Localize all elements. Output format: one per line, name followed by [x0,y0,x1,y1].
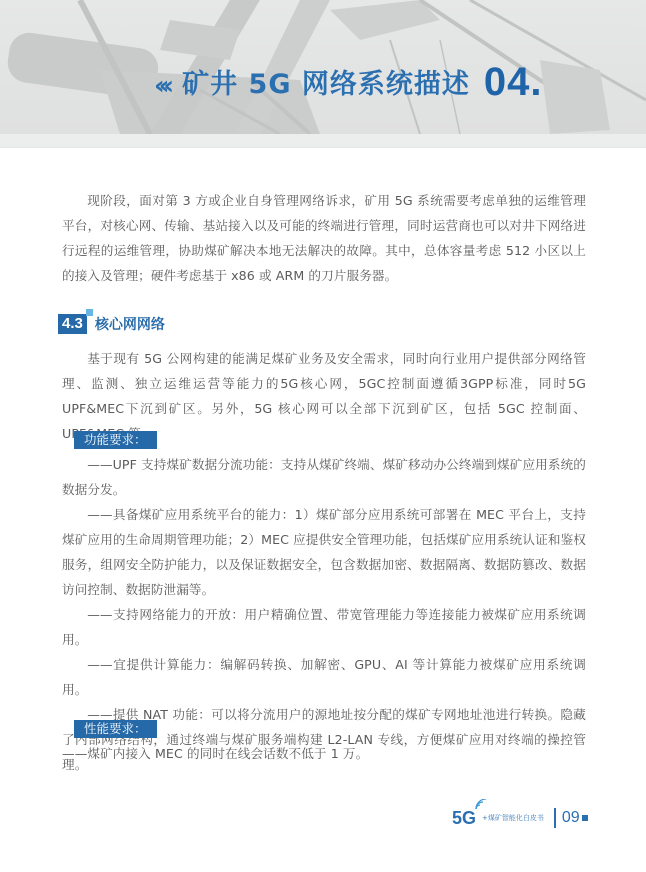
chapter-title: ‹‹‹ 矿井 5G 网络系统描述 04. [154,55,543,105]
section-number-badge: 4.3 [58,314,87,334]
section-heading: 4.3 核心网网络 [58,312,165,336]
page-footer: 5G +煤矿智能化白皮书 09 [452,806,588,830]
header-banner: ‹‹‹ 矿井 5G 网络系统描述 04. [0,0,646,134]
footer-5g-text: 5G [452,808,476,828]
performance-item: ——煤矿内接入 MEC 的同时在线会话数不低于 1 万。 [62,741,586,766]
page-number: 09 [562,809,580,827]
performance-requirements: 性能要求： ——煤矿内接入 MEC 的同时在线会话数不低于 1 万。 [62,718,586,766]
footer-separator [554,808,556,828]
chapter-number: 04. [484,59,543,105]
triple-chevron-left-icon: ‹‹‹ [154,67,168,105]
footer-publication-title: +煤矿智能化白皮书 [482,813,544,823]
intro-paragraph: 现阶段，面对第 3 方或企业自身管理网络诉求，矿用 5G 系统需要考虑单独的运维… [62,188,586,288]
functional-item: ——UPF 支持煤矿数据分流功能：支持从煤矿终端、煤矿移动办公终端到煤矿应用系统… [62,452,586,502]
functional-item: ——支持网络能力的开放：用户精确位置、带宽管理能力等连接能力被煤矿应用系统调用。 [62,602,586,652]
intro-section: 现阶段，面对第 3 方或企业自身管理网络诉求，矿用 5G 系统需要考虑单独的运维… [62,188,586,288]
functional-requirements-label: 功能要求： [74,431,157,449]
performance-requirements-label: 性能要求： [74,720,157,738]
chapter-title-text: 矿井 5G 网络系统描述 [182,65,470,105]
functional-item: ——具备煤矿应用系统平台的能力：1）煤矿部分应用系统可部署在 MEC 平台上，支… [62,502,586,602]
signal-waves-icon [474,799,486,811]
square-marker-icon [582,815,588,821]
header-divider-band [0,134,646,148]
section-title: 核心网网络 [95,314,165,334]
footer-5g-logo: 5G [452,808,476,829]
functional-item: ——宜提供计算能力：编解码转换、加解密、GPU、AI 等计算能力被煤矿应用系统调… [62,652,586,702]
